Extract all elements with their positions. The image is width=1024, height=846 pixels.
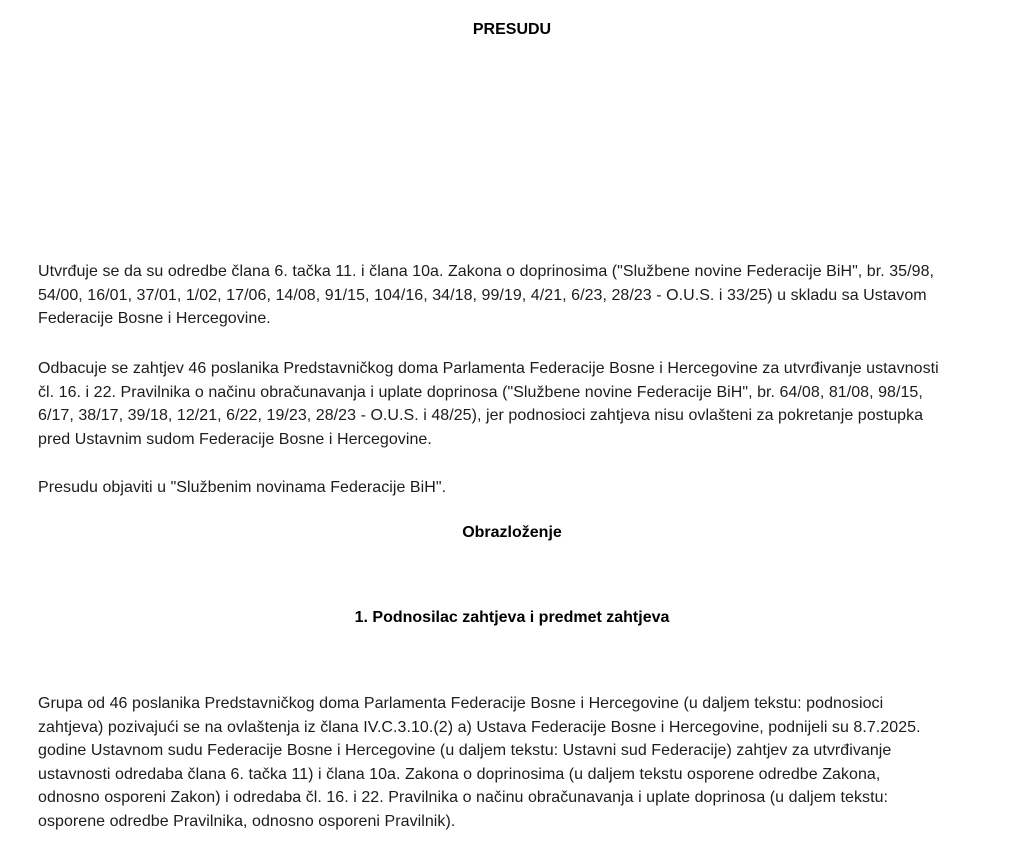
- verdict-paragraph-dismissal: Odbacuje se zahtjev 46 poslanika Predsta…: [38, 357, 998, 451]
- verdict-paragraph-publication: Presudu objaviti u "Službenim novinama F…: [38, 476, 998, 500]
- text-line: čl. 16. i 22. Pravilnika o načinu obraču…: [38, 381, 998, 405]
- verdict-paragraph-constitutionality: Utvrđuje se da su odredbe člana 6. tačka…: [38, 260, 998, 331]
- text-line: Federacije Bosne i Hercegovine.: [38, 307, 998, 331]
- text-line: godine Ustavnom sudu Federacije Bosne i …: [38, 739, 998, 763]
- text-line: pred Ustavnim sudom Federacije Bosne i H…: [38, 428, 998, 452]
- reasoning-heading: Obrazloženje: [0, 524, 1024, 542]
- text-line: Presudu objaviti u "Službenim novinama F…: [38, 476, 998, 500]
- text-line: Odbacuje se zahtjev 46 poslanika Predsta…: [38, 357, 998, 381]
- text-line: osporene odredbe Pravilnika, odnosno osp…: [38, 810, 998, 834]
- document-title: PRESUDU: [0, 21, 1024, 39]
- text-line: 6/17, 38/17, 39/18, 12/21, 6/22, 19/23, …: [38, 404, 998, 428]
- text-line: odnosno osporeni Zakon) i odredaba čl. 1…: [38, 786, 998, 810]
- section-heading: 1. Podnosilac zahtjeva i predmet zahtjev…: [0, 609, 1024, 627]
- text-line: 54/00, 16/01, 37/01, 1/02, 17/06, 14/08,…: [38, 284, 998, 308]
- text-line: Grupa od 46 poslanika Predstavničkog dom…: [38, 692, 998, 716]
- text-line: zahtjeva) pozivajući se na ovlaštenja iz…: [38, 716, 998, 740]
- text-line: Utvrđuje se da su odredbe člana 6. tačka…: [38, 260, 998, 284]
- text-line: ustavnosti odredaba člana 6. tačka 11) i…: [38, 763, 998, 787]
- section-paragraph-applicant: Grupa od 46 poslanika Predstavničkog dom…: [38, 692, 998, 833]
